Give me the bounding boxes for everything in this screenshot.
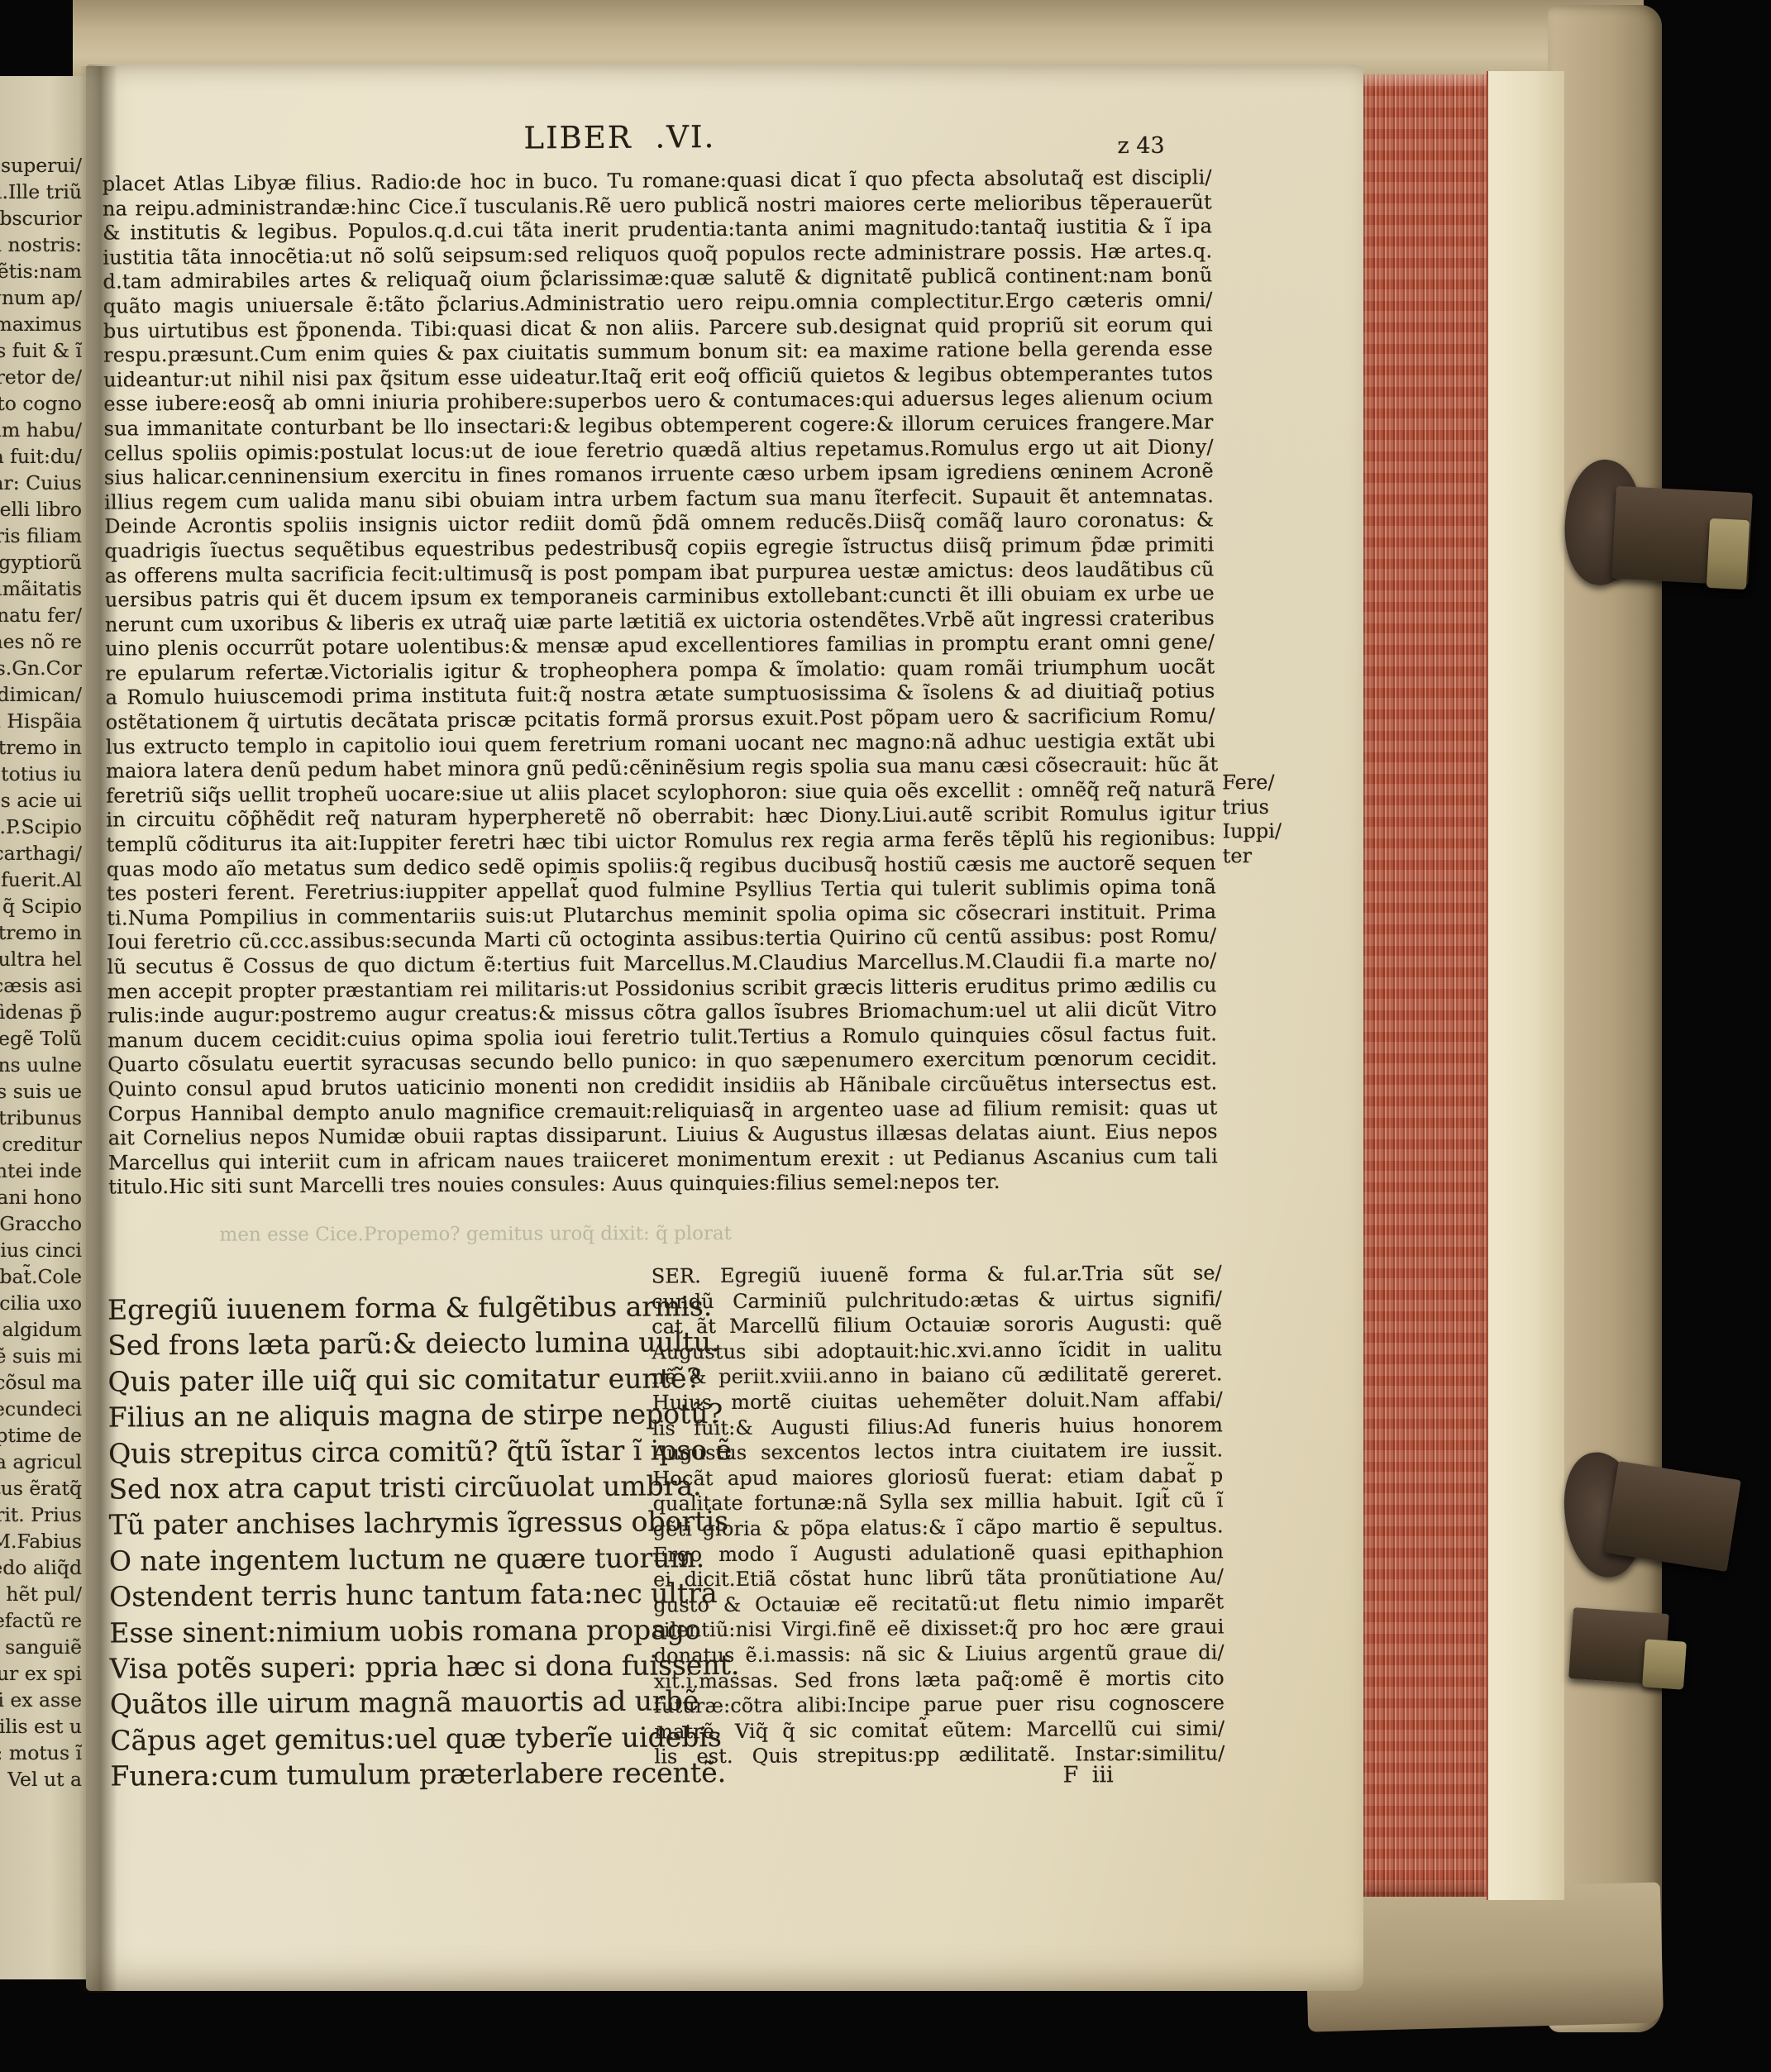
book-page: LIBER .VI. z 43 placet Atlas Libyæ filiu… [86, 64, 1363, 1991]
prev-page-line: togã a Racilia uxo [0, 1290, 86, 1316]
commentary-line: Hocãt apud maiores gloriosũ fuerat: etia… [652, 1463, 1223, 1492]
commentary-line: matrẽ. Viq̃ q̃ sic comitat̃ eũtem: Marce… [654, 1716, 1224, 1745]
clasp-lower-brass-tip [1642, 1639, 1687, 1689]
prev-page-line: milibus cæsis asi [0, 972, 86, 999]
prev-page-line: inguina nostris: [0, 232, 86, 258]
prev-page-line: lõici belli libro [0, 496, 86, 523]
prev-page-line: traxit creditur [0, 1131, 86, 1158]
margin-note-line: ter [1223, 843, 1359, 869]
prev-page-line: uli romani hono [0, 1184, 86, 1210]
prev-page-line: a aut scuptilis est u [0, 1713, 86, 1740]
commentary-line: Ergo modo ĩ Augusti adulationẽ quasi epi… [653, 1539, 1224, 1568]
margin-note-feretrius-iuppiter: Fere/triusIuppi/ter [1222, 770, 1359, 868]
prev-page-line: exercitu ĩ algidum [0, 1316, 86, 1343]
commentary-line: ei dicit.Etiã cõstat hunc librũ tãta pro… [653, 1564, 1224, 1592]
prev-page-line: erunt.P.Scipio [0, 814, 86, 840]
prev-page-line: uit:sed &.M.Fabius [0, 1528, 86, 1554]
prev-page-line: similis fuerit.Al [0, 867, 86, 893]
prev-page-line: . Quintius cinci [0, 1237, 86, 1263]
clasp-upper-brass-tip [1707, 518, 1750, 590]
prev-page-line: Postremo in [0, 734, 86, 761]
prev-page-line: o humãitatis [0, 575, 86, 602]
prev-page-line: magno ptĩa agricul [0, 1449, 86, 1475]
commentary-line: SER. Egregiũ iuuenẽ forma & ful.ar.Tria … [652, 1260, 1222, 1289]
prev-page-line: es.s.Gn.Cor [0, 655, 86, 681]
prev-page-line: ertit.Postremo in [0, 919, 86, 946]
previous-page-sliver: t:Et si superui/sic legi.Ille triũulto o… [0, 76, 91, 1979]
clasp-lower-strap [1604, 1461, 1741, 1572]
prev-page-line: uero ẽ adẽdo aliq̃d [0, 1554, 86, 1581]
verse-line: Egregiũ iuuenem forma & fulgẽtibus armis… [107, 1288, 663, 1327]
margin-note-line: Iuppi/ [1222, 819, 1358, 844]
verse-column: Egregiũ iuuenem forma & fulgẽtibus armis… [107, 1288, 666, 1794]
verse-line: Funera:cum tumulum præterlabere recentẽ. [110, 1755, 666, 1794]
red-stained-fore-edge [1361, 74, 1488, 1897]
prev-page-line: doptauit q̃ Scipio [0, 893, 86, 919]
commentary-line: Augustus sibi adoptauit:hic.xvi.anno ĩci… [652, 1336, 1222, 1365]
prev-page-line: rator:maximus [0, 311, 86, 337]
prev-page-line: ũ qui pretor de/ [0, 364, 86, 390]
prev-page-line: s iuxta fidenas p̃ [0, 999, 86, 1025]
prev-page-line: & filium habu/ [0, 417, 86, 443]
verse-line: O nate ingentem luctum ne quære tuorum. [109, 1540, 665, 1578]
prev-page-line: orace lintei inde [0, 1158, 86, 1184]
commentary-line: gẽti gloria & põpa elatus:& ĩ cãpo marti… [653, 1513, 1224, 1542]
prev-page-line: mipotẽtis:nam [0, 258, 86, 284]
commentary-line: cundũ Carminiũ pulchritudo:ætas & uirtus… [652, 1286, 1222, 1315]
verse-line: Tũ pater anchises lachrymis ĩgressus obo… [109, 1504, 665, 1543]
prev-page-line: ædã omnẽ suis mi [0, 1343, 86, 1369]
prev-page-line: piones nõ re [0, 628, 86, 655]
prev-page-line: bius noĩatus ẽratq̃ [0, 1475, 86, 1501]
prev-page-line: .M.Cato cogno [0, 390, 86, 417]
commentary-line: Augustus sexcentos lectos intra ciuitate… [652, 1437, 1223, 1466]
verse-line: Quis strepitus circa comitũ? q̃tũ ĩstar … [108, 1432, 664, 1471]
prev-page-line: sui filia fuit:du/ [0, 443, 86, 470]
parchment-cover-right [1548, 5, 1662, 2032]
prev-page-line: ostibus suis ue [0, 1078, 86, 1105]
commentary-line: lis fuit:& Augusti filius:Ad funeris hui… [652, 1412, 1223, 1441]
prev-page-line: phauit:& secundeci [0, 1396, 86, 1422]
verse-line: Quãtos ille uirum magnã mauortis ad urbẽ [110, 1683, 666, 1722]
verse-line: Filius an ne aliquis magna de stirpe nep… [108, 1396, 664, 1435]
prev-page-line: te senatu fer/ [0, 602, 86, 628]
prev-page-line: t:Et si superui/ [0, 152, 86, 179]
margin-note-line: trius [1222, 795, 1358, 820]
prev-page-line: sic legi.Ille triũ [0, 179, 86, 205]
verse-line: Visa potẽs superi: ppria hæc si dona fui… [110, 1647, 666, 1686]
prev-page-line: maĩoris filiam [0, 523, 86, 549]
prev-page-line: assyrii: Vel ut a [0, 1766, 86, 1793]
commentary-line: donatus ẽ.i.massis: nã sic & Liuius arge… [654, 1640, 1224, 1669]
verse-line: Ostendent terris hunc tantum fata:nec ul… [109, 1576, 665, 1615]
margin-note-line: Fere/ [1222, 770, 1358, 795]
prev-page-line: a appellabat̃.Cole [0, 1263, 86, 1290]
verse-line: Cãpus aget gemitus:uel quæ tyberĩe uideb… [110, 1719, 666, 1758]
prev-page-line: emplar: Cuius [0, 470, 86, 496]
prev-page-line: re magnum ap/ [0, 284, 86, 311]
gutter-shadow [79, 66, 117, 1993]
commentary-line: futuræ:cõtra alibi:Incipe parue puer ris… [654, 1690, 1224, 1719]
prev-page-line: q̃ tpibus optime de [0, 1422, 86, 1449]
commentary-line: Huius mortẽ ciuitas uehemẽter doluit.Nam… [652, 1387, 1223, 1416]
page-block-edge [1487, 71, 1564, 1900]
quire-signature: z 43 [1117, 133, 1164, 159]
page-content: LIBER .VI. z 43 placet Atlas Libyæ filiu… [80, 60, 1369, 1994]
prev-page-line: o in Hispãia [0, 708, 86, 734]
prev-page-line: tus cæli : motus ĩ [0, 1740, 86, 1766]
prev-page-line: ox:q̃ nascitur ex spi [0, 1660, 86, 1687]
prev-page-line: it.Inde carthagi/ [0, 840, 86, 867]
prev-page-line: rimus ui ultra hel [0, 946, 86, 972]
quire-mark: F iii [1062, 1762, 1113, 1788]
commentary-line: lis est. Quis strepitus:pp ædilitatẽ. In… [654, 1741, 1224, 1770]
prev-page-line: usitãos acie ui [0, 787, 86, 814]
main-text-block: placet Atlas Libyæ filius. Radio:de hoc … [103, 165, 1219, 1200]
commentary-line: nẽ & periit.xviii.anno in baiano cũ ædil… [652, 1362, 1222, 1391]
prev-page-line: ulto obscurior [0, 205, 86, 232]
commentary-column: SER. Egregiũ iuuenẽ forma & ful.ar.Tria … [652, 1260, 1225, 1769]
prev-page-line: ertens regẽ Tolũ [0, 1025, 86, 1052]
commentary-line: qualitate fortunæ:nã Sylla sex millia ha… [652, 1488, 1223, 1517]
prev-page-line: anguine calefactũ re [0, 1607, 86, 1634]
commentary-line: xit.i.massas. Sed frons læta paq̃:omẽ ẽ … [654, 1665, 1224, 1694]
prev-page-line: desiliens uulne [0, 1052, 86, 1078]
photo-canvas: { "colors":{"background":"#060606","page… [0, 0, 1771, 2072]
show-through-text: men esse Cice.Propemo? gemitus uroq̃ dix… [219, 1223, 731, 1246]
verse-line: Esse sinent:nimium uobis romana propago [109, 1611, 665, 1650]
prev-page-line: robe foderit. Prius [0, 1501, 86, 1528]
prev-page-line: li natus fuit & ĩ [0, 337, 86, 364]
commentary-line: cat ãt Marcellũ filium Octauiæ sororis A… [652, 1311, 1222, 1340]
prev-page-line: Quæ uero sanguiẽ [0, 1634, 86, 1660]
running-title: LIBER .VI. [523, 119, 715, 155]
verse-line: Sed nox atra caput tristi circũuolat umb… [108, 1468, 664, 1506]
prev-page-line: in facie qui ex asse [0, 1687, 86, 1713]
commentary-line: silentiũ:nisi Virgi.finẽ eẽ dixisset:q̃ … [653, 1615, 1224, 1644]
verse-line: Quis pater ille uiq̃ qui sic comitatur e… [107, 1360, 663, 1399]
prev-page-line: Cossus tribunus [0, 1105, 86, 1131]
prev-page-line: edus:& Graccho [0, 1210, 86, 1237]
prev-page-line: atus totius iu [0, 761, 86, 787]
commentary-line: gusto & Octauiæ eẽ recitatũ:ut fletu nim… [653, 1589, 1224, 1618]
prev-page-line: iter dimican/ [0, 681, 86, 708]
verse-line: Sed frons læta parũ:& deiecto lumina uul… [107, 1325, 663, 1363]
previous-page-line-endings: t:Et si superui/sic legi.Ille triũulto o… [0, 152, 86, 1793]
prev-page-line: d sanguinẽ hẽt pul/ [0, 1581, 86, 1607]
prev-page-line: æi ægyptiorũ [0, 549, 86, 575]
prev-page-line: deste tulit cõsul ma [0, 1369, 86, 1396]
